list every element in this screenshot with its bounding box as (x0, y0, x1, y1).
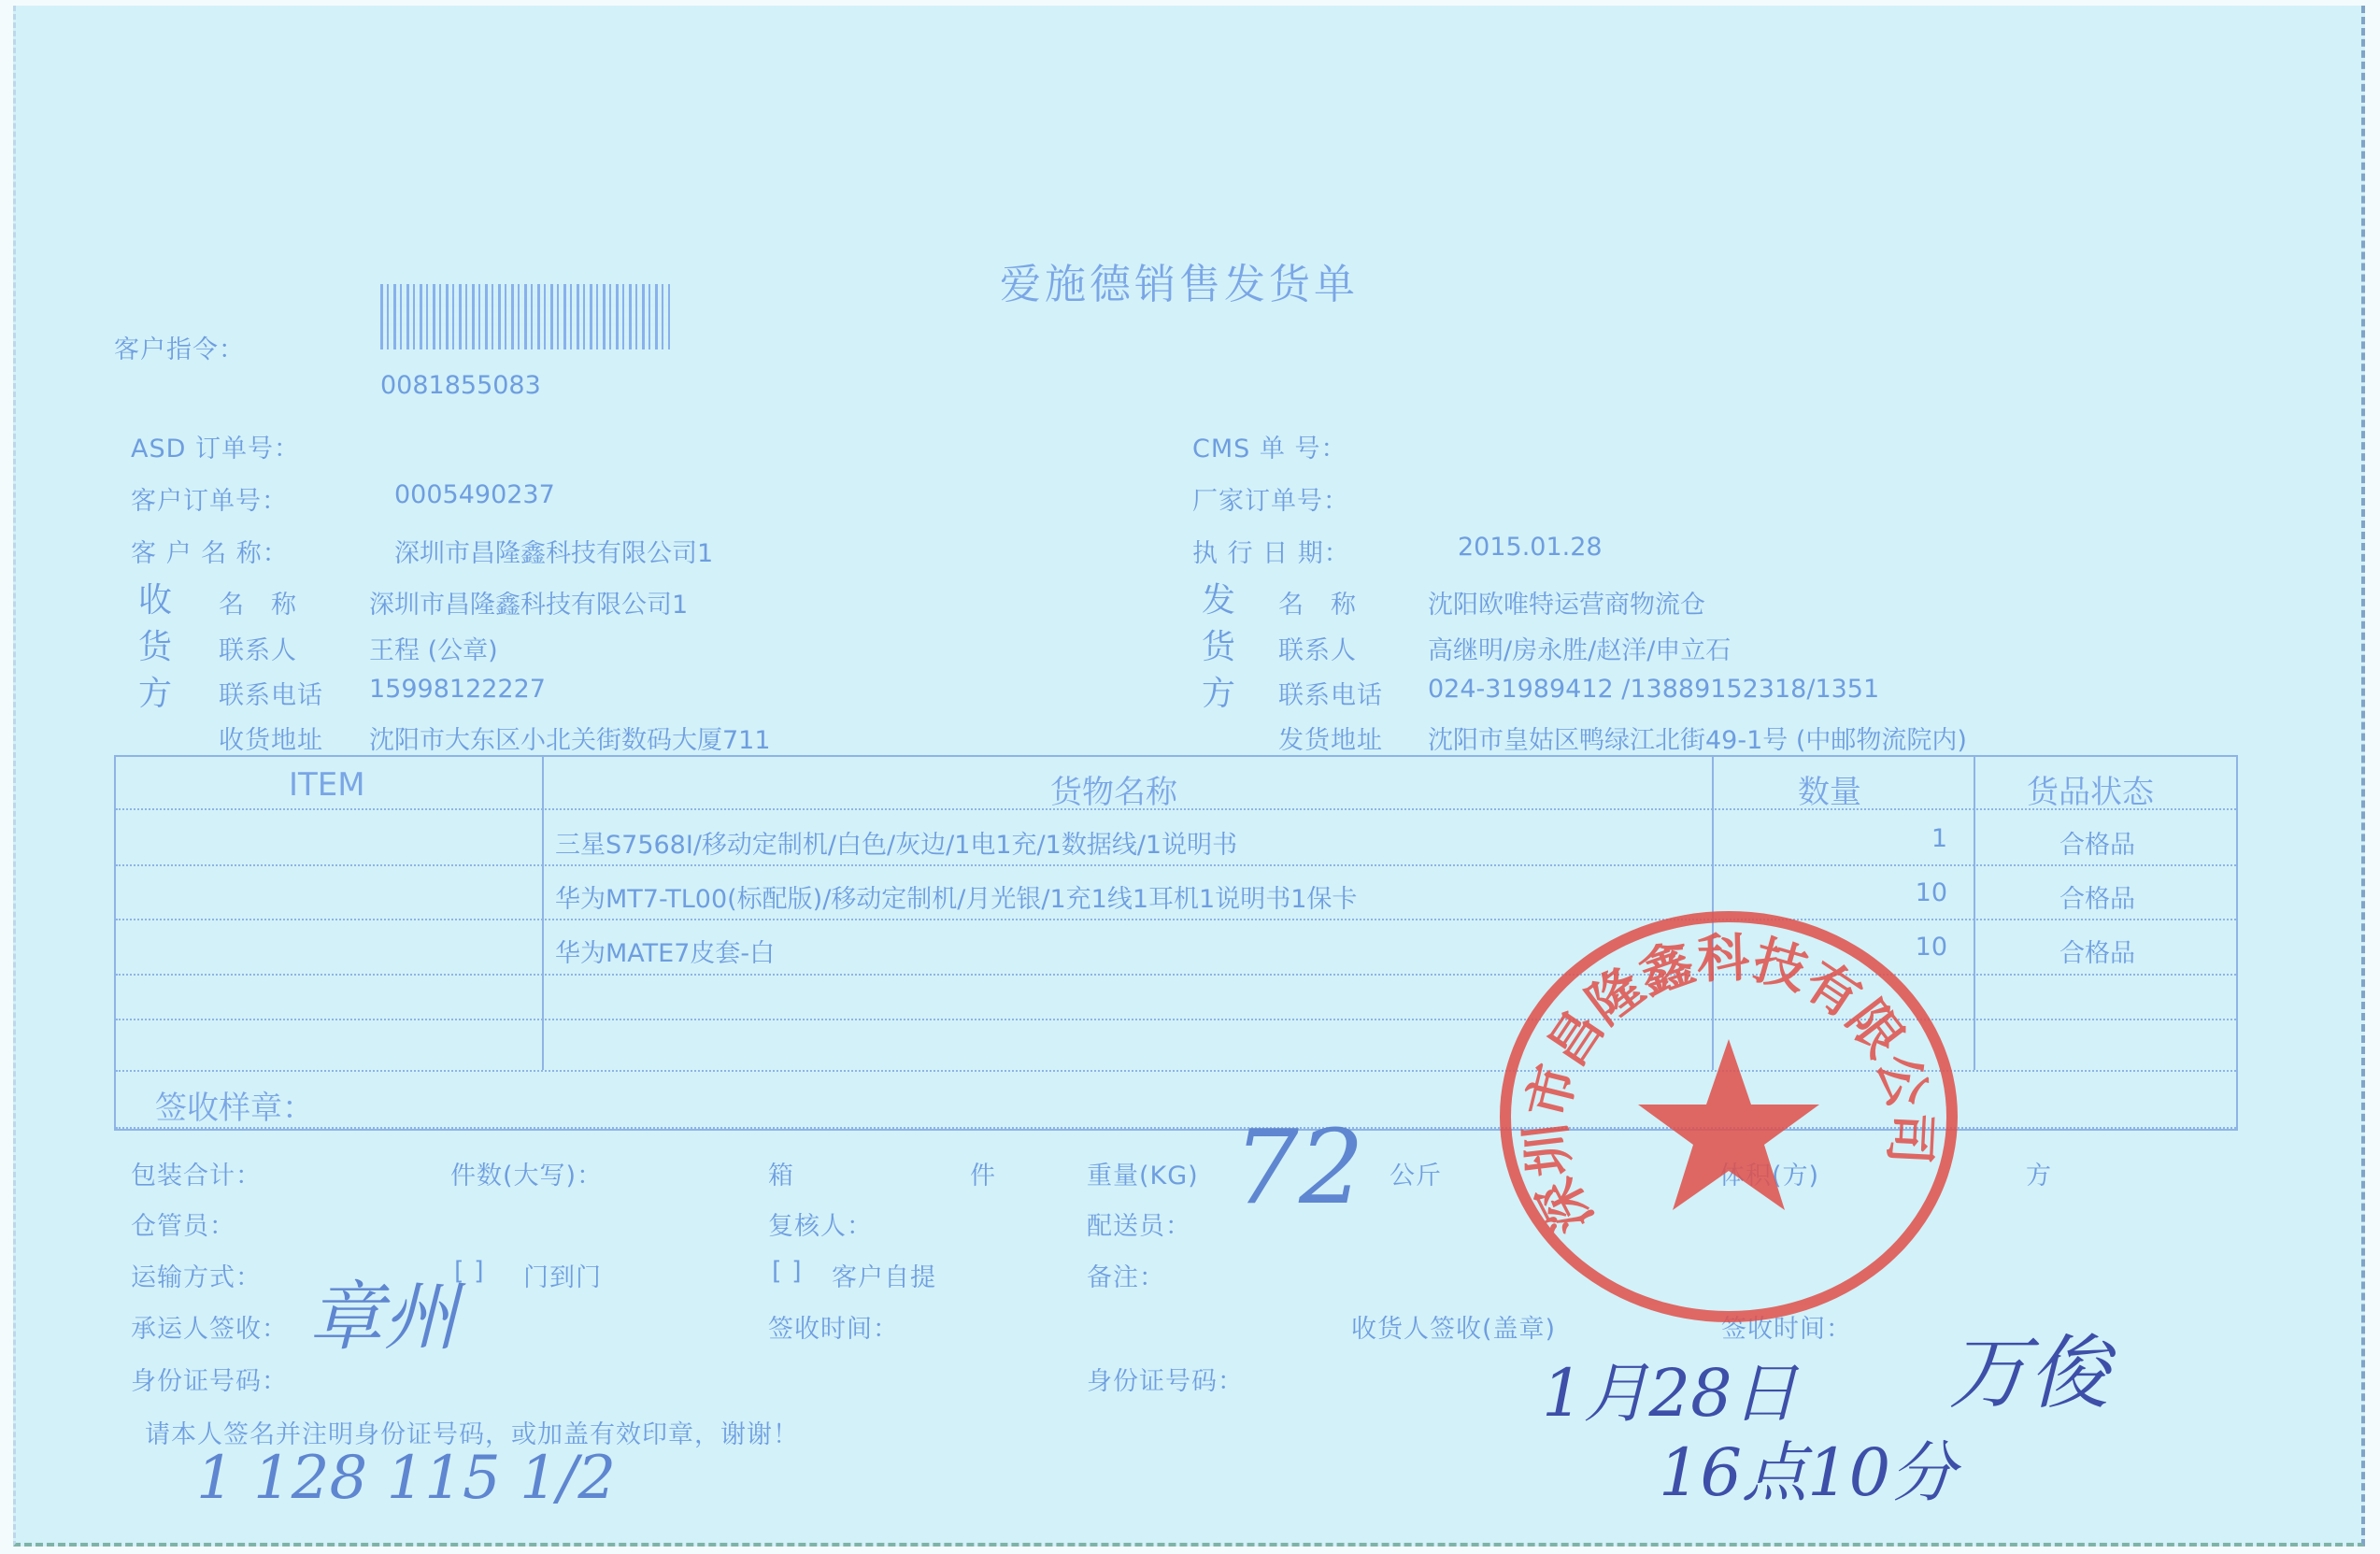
receiver-address-label: 收货地址 (219, 720, 323, 756)
weight-handwritten: 72 (1233, 1107, 1364, 1227)
goods-status: 合格品 (2059, 878, 2135, 915)
receiver-sign-label: 收货人签收(盖章) (1351, 1308, 1556, 1345)
handwritten-time: 16点10分 (1659, 1420, 1956, 1515)
asd-order-label: ASD 订单号： (131, 428, 300, 464)
goods-status: 合格品 (2059, 824, 2135, 861)
sender-phone-label: 联系电话 (1278, 675, 1383, 711)
receiver-side-char-2: 货 (138, 620, 172, 668)
reviewer-label: 复核人： (768, 1205, 873, 1242)
sign-time-label: 签收时间： (768, 1308, 899, 1345)
kg-unit: 公斤 (1390, 1155, 1442, 1191)
customer-order-label: 客户订单号： (131, 480, 288, 517)
document-title: 爱施德销售发货单 (1000, 250, 1359, 310)
sender-side-char-2: 货 (1202, 620, 1235, 668)
pieces-label: 件数(大写)： (450, 1155, 603, 1191)
barcode-number: 0081855083 (380, 371, 541, 400)
receiver-side-char-3: 方 (138, 667, 172, 715)
receiver-phone-label: 联系电话 (219, 675, 323, 711)
customer-instruction-label: 客户指令： (114, 329, 245, 365)
handwritten-receiver-signature: 万俊 (1948, 1308, 2109, 1424)
factory-order-label: 厂家订单号： (1192, 480, 1349, 517)
sender-side-char-1: 发 (1202, 574, 1235, 621)
sender-name-value: 沈阳欧唯特运营商物流仓 (1428, 584, 1705, 620)
carrier-signature: 章州 (308, 1257, 458, 1364)
exec-date-label: 执 行 日 期： (1192, 533, 1350, 569)
package-total-label: 包装合计： (131, 1155, 262, 1191)
goods-name: 华为MT7-TL00(标配版)/移动定制机/月光银/1充1线1耳机1说明书1保卡 (555, 878, 1357, 915)
company-stamp: 深圳市昌隆鑫科技有限公司 (1500, 911, 1958, 1322)
goods-status: 合格品 (2059, 933, 2135, 969)
receiver-address-value: 沈阳市大东区小北关街数码大厦711 (369, 720, 771, 756)
sign-stamp-label: 签收样章： (155, 1082, 314, 1128)
goods-name: 华为MATE7皮套-白 (555, 933, 775, 969)
cms-order-label: CMS 单 号： (1192, 428, 1347, 464)
piece-label: 件 (970, 1155, 996, 1191)
remarks-label: 备注： (1087, 1257, 1165, 1293)
sender-address-value: 沈阳市皇姑区鸭绿江北街49-1号 (中邮物流院内) (1428, 720, 1967, 756)
id-number-label-right: 身份证号码： (1087, 1361, 1244, 1397)
handwritten-id-number: 1 128 115 1/2 (196, 1444, 616, 1513)
volume-unit: 方 (2026, 1155, 2052, 1191)
delivery-person-label: 配送员： (1087, 1205, 1191, 1242)
column-header-goods-name: 货物名称 (1050, 766, 1177, 812)
exec-date-value: 2015.01.28 (1458, 533, 1603, 562)
stamp-graphic: 深圳市昌隆鑫科技有限公司 (1511, 922, 1946, 1311)
sender-phone-value: 024-31989412 /13889152318/1351 (1428, 675, 1879, 704)
receiver-name-value: 深圳市昌隆鑫科技有限公司1 (369, 584, 688, 620)
column-header-quantity: 数量 (1798, 766, 1861, 812)
column-header-status: 货品状态 (2027, 766, 2154, 812)
receiver-contact-value: 王程 (公章) (369, 630, 498, 666)
receiver-side-char-1: 收 (138, 574, 172, 621)
goods-quantity: 1 (1931, 824, 1947, 853)
sender-side-char-3: 方 (1202, 667, 1235, 715)
customer-order-value: 0005490237 (394, 480, 555, 509)
sender-address-label: 发货地址 (1278, 720, 1383, 756)
receiver-contact-label: 联系人 (219, 630, 297, 666)
column-header-item: ITEM (289, 766, 365, 804)
box-label: 箱 (768, 1155, 794, 1191)
id-number-label-left: 身份证号码： (131, 1361, 288, 1397)
sender-name-label: 名 称 (1278, 584, 1357, 620)
door-to-door-label: 门到门 (523, 1257, 602, 1293)
weight-label: 重量(KG) (1087, 1155, 1199, 1191)
self-pickup-label: 客户自提 (832, 1257, 936, 1293)
barcode (380, 284, 670, 349)
receiver-phone-value: 15998122227 (369, 675, 546, 704)
transport-label: 运输方式： (131, 1257, 262, 1293)
sender-contact-label: 联系人 (1278, 630, 1357, 666)
star-icon (1638, 1039, 1819, 1210)
goods-quantity: 10 (1916, 878, 1947, 907)
sender-contact-value: 高继明/房永胜/赵洋/申立石 (1428, 630, 1731, 666)
self-pickup-checkbox[interactable]: [ ] (772, 1257, 803, 1286)
goods-name: 三星S7568I/移动定制机/白色/灰边/1电1充/1数据线/1说明书 (555, 824, 1237, 861)
customer-name-label: 客 户 名 称： (131, 533, 289, 569)
receiver-name-label: 名 称 (219, 584, 297, 620)
customer-name-value: 深圳市昌隆鑫科技有限公司1 (394, 533, 713, 569)
door-to-door-checkbox[interactable]: [ ] (454, 1257, 485, 1286)
warehouse-keeper-label: 仓管员： (131, 1205, 235, 1242)
carrier-sign-label: 承运人签收： (131, 1308, 288, 1345)
